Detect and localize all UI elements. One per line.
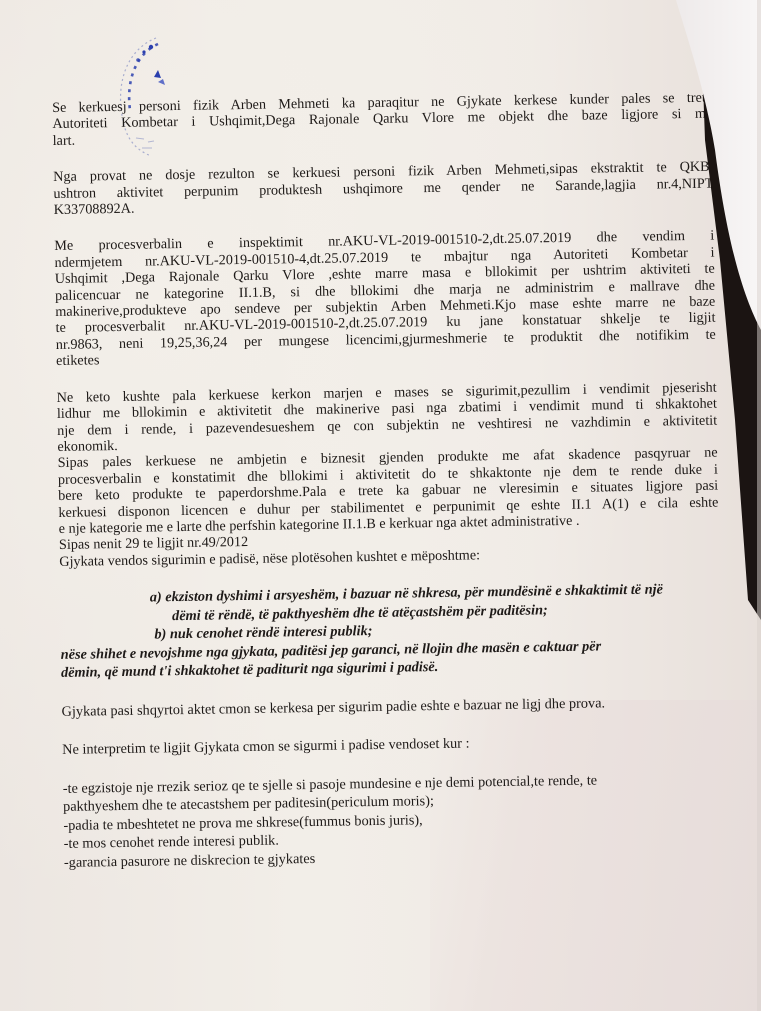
document-body: Se kerkuesj personi fizik Arben Mehmeti … [52,90,724,872]
quoted-conditions: a) ekziston dyshimi i arsyeshëm, i bazua… [60,580,721,683]
criteria-list: -te egzistoje nje rrezik serioz qe te sj… [63,769,724,872]
paragraph-claim: Sipas pales kerkuese ne ambjetin e bizne… [58,445,719,537]
paragraph-request: Ne keto kushte pala kerkuese kerkon marj… [57,379,718,455]
paragraph-inspection: Me procesverbalin e inspektimit nr.AKU-V… [54,228,716,370]
